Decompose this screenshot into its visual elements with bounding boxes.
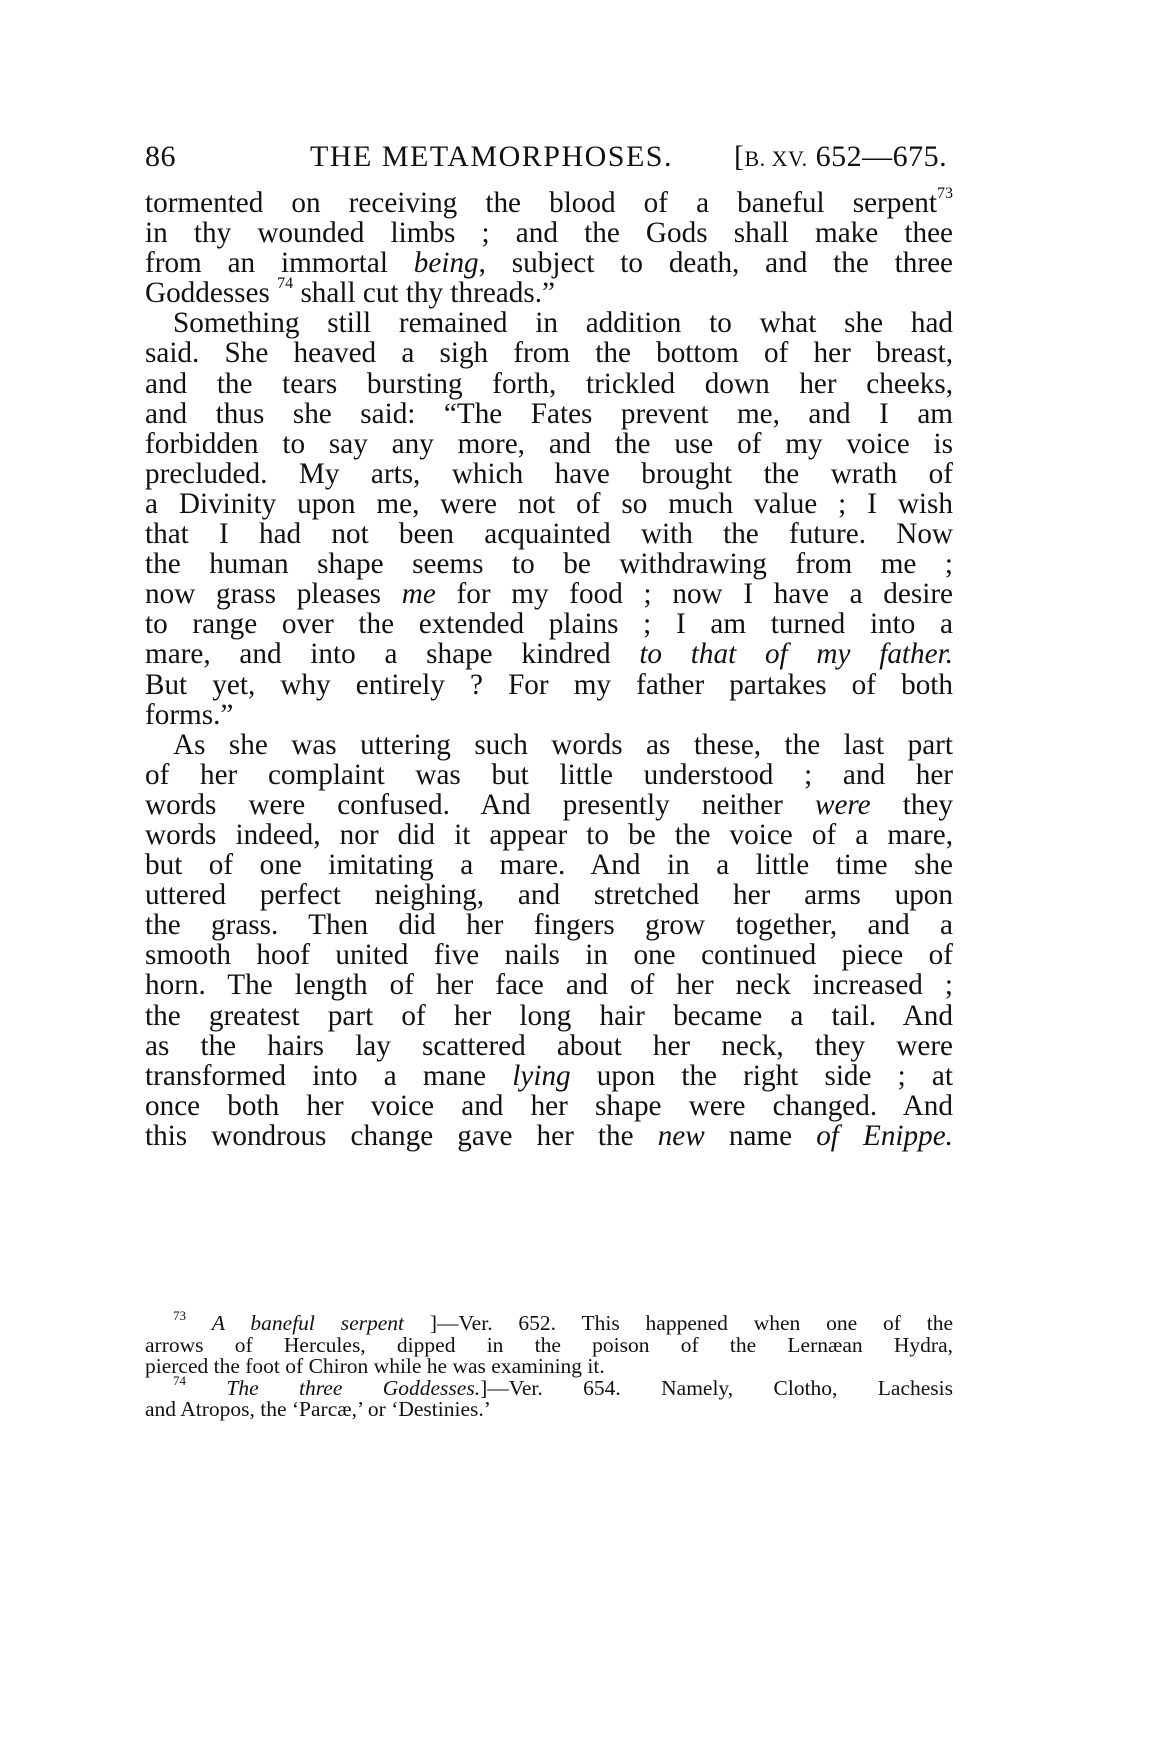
text-run: to range over the extended plains ; I am… xyxy=(145,608,953,640)
text-line: this wondrous change gave her the new na… xyxy=(145,1121,953,1151)
text-line: now grass pleases me for my food ; now I… xyxy=(145,579,953,609)
footnote-marker: 73 xyxy=(937,185,953,202)
text-run: of her complaint was but little understo… xyxy=(145,759,953,791)
text-run: horn. The length of her face and of her … xyxy=(145,969,953,1001)
italic-text: of Enippe. xyxy=(816,1120,953,1152)
text-line: in thy wounded limbs ; and the Gods shal… xyxy=(145,218,953,248)
text-run: a Divinity upon me, were not of so much … xyxy=(145,488,953,520)
text-run: they xyxy=(871,789,953,821)
footnotes: 73 A baneful serpent ]—Ver. 652. This ha… xyxy=(145,1313,953,1421)
text-line: and thus she said: “The Fates prevent me… xyxy=(145,399,953,429)
text-run: words indeed, nor did it appear to be th… xyxy=(145,819,953,851)
text-run: Something still remained in addition to … xyxy=(173,307,953,339)
text-line: words indeed, nor did it appear to be th… xyxy=(145,820,953,850)
text-run: for my food ; now I have a desire xyxy=(436,578,953,610)
section-ref-bracket: [ xyxy=(734,140,745,173)
text-run: and the tears bursting forth, trickled d… xyxy=(145,368,953,400)
text-line: to range over the extended plains ; I am… xyxy=(145,609,953,639)
text-line: precluded. My arts, which have brought t… xyxy=(145,459,953,489)
text-run: and thus she said: “The Fates prevent me… xyxy=(145,398,953,430)
text-run: tormented on receiving the blood of a ba… xyxy=(145,187,937,219)
section-reference: [B. XV. 652—675. xyxy=(734,140,947,174)
text-run: the greatest part of her long hair becam… xyxy=(145,1000,953,1032)
text-line: As she was uttering such words as these,… xyxy=(145,730,953,760)
italic-text: to that of my father. xyxy=(639,638,953,670)
text-run: , subject to death, and the three xyxy=(479,247,953,279)
text-line: Something still remained in addition to … xyxy=(145,308,953,338)
text-line: horn. The length of her face and of her … xyxy=(145,970,953,1000)
text-run xyxy=(186,1376,226,1400)
text-line: as the hairs lay scattered about her nec… xyxy=(145,1031,953,1061)
text-line: uttered perfect neighing, and stretched … xyxy=(145,880,953,910)
text-line: tormented on receiving the blood of a ba… xyxy=(145,188,953,218)
text-line: smooth hoof united five nails in one con… xyxy=(145,940,953,970)
text-run: But yet, why entirely ? For my father pa… xyxy=(145,669,953,701)
footnote-marker: 74 xyxy=(173,1373,186,1388)
text-run: the human shape seems to be withdrawing … xyxy=(145,548,953,580)
text-line: forms.” xyxy=(145,700,953,730)
text-line: mare, and into a shape kindred to that o… xyxy=(145,639,953,669)
text-run: this wondrous change gave her the xyxy=(145,1120,658,1152)
text-run: words were confused. And presently neith… xyxy=(145,789,815,821)
text-line: said. She heaved a sigh from the bottom … xyxy=(145,338,953,368)
running-header: 86 THE METAMORPHOSES. [B. XV. 652—675. xyxy=(145,140,953,180)
footnote-line: and Atropos, the ‘Parcæ,’ or ‘Destinies.… xyxy=(145,1399,953,1421)
italic-text: new xyxy=(658,1120,705,1152)
text-line: the human shape seems to be withdrawing … xyxy=(145,549,953,579)
text-line: from an immortal being, subject to death… xyxy=(145,248,953,278)
text-line: once both her voice and her shape were c… xyxy=(145,1091,953,1121)
text-line: and the tears bursting forth, trickled d… xyxy=(145,369,953,399)
italic-text: being xyxy=(414,247,479,279)
footnote-line: 74 The three Goddesses.]—Ver. 654. Namel… xyxy=(145,1378,953,1400)
page-number: 86 xyxy=(145,140,176,174)
text-run: uttered perfect neighing, and stretched … xyxy=(145,879,953,911)
text-line: But yet, why entirely ? For my father pa… xyxy=(145,670,953,700)
text-run: As she was uttering such words as these,… xyxy=(173,729,953,761)
text-run: now grass pleases xyxy=(145,578,402,610)
text-run: Goddesses xyxy=(145,277,277,309)
text-line: Goddesses 74 shall cut thy threads.” xyxy=(145,278,953,308)
text-run: but of one imitating a mare. And in a li… xyxy=(145,849,953,881)
text-run: the grass. Then did her fingers grow tog… xyxy=(145,909,953,941)
section-ref-book: B. XV. xyxy=(745,146,808,171)
footnote-marker: 73 xyxy=(173,1308,186,1323)
text-run: pierced the foot of Chiron while he was … xyxy=(145,1354,605,1378)
text-run: name xyxy=(705,1120,816,1152)
italic-text: lying xyxy=(512,1060,570,1092)
text-run xyxy=(186,1311,212,1335)
italic-text: were xyxy=(815,789,871,821)
text-run: once both her voice and her shape were c… xyxy=(145,1090,953,1122)
text-line: that I had not been acquainted with the … xyxy=(145,519,953,549)
italic-text: The three Goddesses. xyxy=(226,1376,480,1400)
text-line: the grass. Then did her fingers grow tog… xyxy=(145,910,953,940)
body-text: tormented on receiving the blood of a ba… xyxy=(145,188,953,1151)
text-run: ]—Ver. 652. This happened when one of th… xyxy=(404,1311,953,1335)
text-line: a Divinity upon me, were not of so much … xyxy=(145,489,953,519)
text-run: that I had not been acquainted with the … xyxy=(145,518,953,550)
text-run: precluded. My arts, which have brought t… xyxy=(145,458,953,490)
footnote-line: 73 A baneful serpent ]—Ver. 652. This ha… xyxy=(145,1313,953,1335)
footnote-marker: 74 xyxy=(277,275,293,292)
text-run: transformed into a mane xyxy=(145,1060,512,1092)
text-run: ]—Ver. 654. Namely, Clotho, Lachesis xyxy=(480,1376,953,1400)
italic-text: me xyxy=(402,578,436,610)
italic-text: A baneful serpent xyxy=(212,1311,404,1335)
text-line: the greatest part of her long hair becam… xyxy=(145,1001,953,1031)
text-run: in thy wounded limbs ; and the Gods shal… xyxy=(145,217,953,249)
text-run: said. She heaved a sigh from the bottom … xyxy=(145,337,953,369)
text-run: as the hairs lay scattered about her nec… xyxy=(145,1030,953,1062)
footnote-line: arrows of Hercules, dipped in the poison… xyxy=(145,1335,953,1357)
text-run: and Atropos, the ‘Parcæ,’ or ‘Destinies.… xyxy=(145,1397,491,1421)
text-run: forbidden to say any more, and the use o… xyxy=(145,428,953,460)
section-ref-lines: 652—675. xyxy=(816,140,948,173)
text-run: forms.” xyxy=(145,699,233,731)
text-line: transformed into a mane lying upon the r… xyxy=(145,1061,953,1091)
text-line: forbidden to say any more, and the use o… xyxy=(145,429,953,459)
text-run: arrows of Hercules, dipped in the poison… xyxy=(145,1333,953,1357)
running-title: THE METAMORPHOSES. xyxy=(310,140,673,174)
text-run: upon the right side ; at xyxy=(571,1060,953,1092)
text-line: but of one imitating a mare. And in a li… xyxy=(145,850,953,880)
text-run: smooth hoof united five nails in one con… xyxy=(145,939,953,971)
text-line: of her complaint was but little understo… xyxy=(145,760,953,790)
text-run: shall cut thy threads.” xyxy=(293,277,555,309)
footnote-line: pierced the foot of Chiron while he was … xyxy=(145,1356,953,1378)
text-run: mare, and into a shape kindred xyxy=(145,638,639,670)
text-line: words were confused. And presently neith… xyxy=(145,790,953,820)
